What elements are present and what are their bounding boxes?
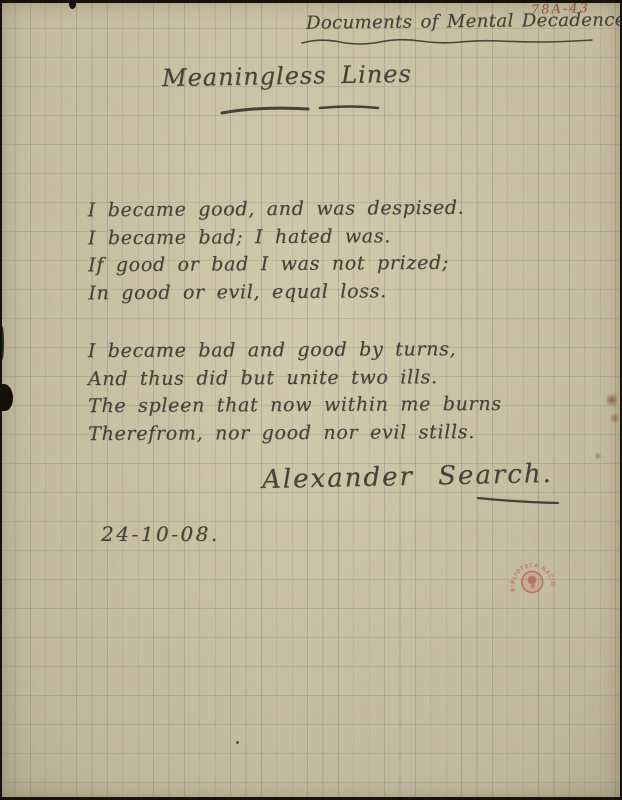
manuscript-page: 78A-43 Documents of Mental Decadence. Me…: [0, 0, 622, 800]
scan-edge-left: [0, 0, 2, 800]
poem-stanza-2: I became bad and good by turns, And thus…: [88, 336, 502, 449]
signature-underline-icon: [476, 495, 560, 505]
poem-line: I became good, and was despised.: [88, 195, 465, 225]
poem-line: If good or bad I was not prized;: [88, 250, 465, 280]
foxing-stain: [610, 412, 620, 424]
poem-line: In good or evil, equal loss.: [88, 277, 465, 307]
author-signature: Alexander Search.: [262, 459, 553, 495]
wavy-underline-icon: [300, 36, 595, 48]
ink-speck: [236, 741, 239, 744]
paper-tear-mark: [69, 0, 76, 9]
scan-edge-top: [0, 0, 622, 3]
paper-edge-chip: [0, 326, 4, 360]
poem-line: The spleen that now within me burns: [88, 391, 502, 421]
poem-line: And thus did but unite two ills.: [88, 364, 502, 394]
poem-line: I became bad; I hated was.: [88, 222, 465, 252]
manuscript-date: 24-10-08.: [101, 522, 220, 546]
foxing-stain: [606, 392, 618, 408]
poem-stanza-1: I became good, and was despised. I becam…: [88, 195, 465, 308]
title-underline-icon: [220, 103, 380, 117]
collection-header: Documents of Mental Decadence.: [306, 9, 622, 33]
foxing-stain: [594, 452, 602, 460]
poem-title: Meaningless Lines: [162, 60, 412, 92]
library-stamp: BIBLIOTECA NACIONAL: [490, 538, 575, 623]
poem-line: I became bad and good by turns,: [88, 336, 502, 366]
paper-hole: [0, 384, 13, 411]
poem-line: Therefrom, nor good nor evil stills.: [88, 419, 502, 449]
